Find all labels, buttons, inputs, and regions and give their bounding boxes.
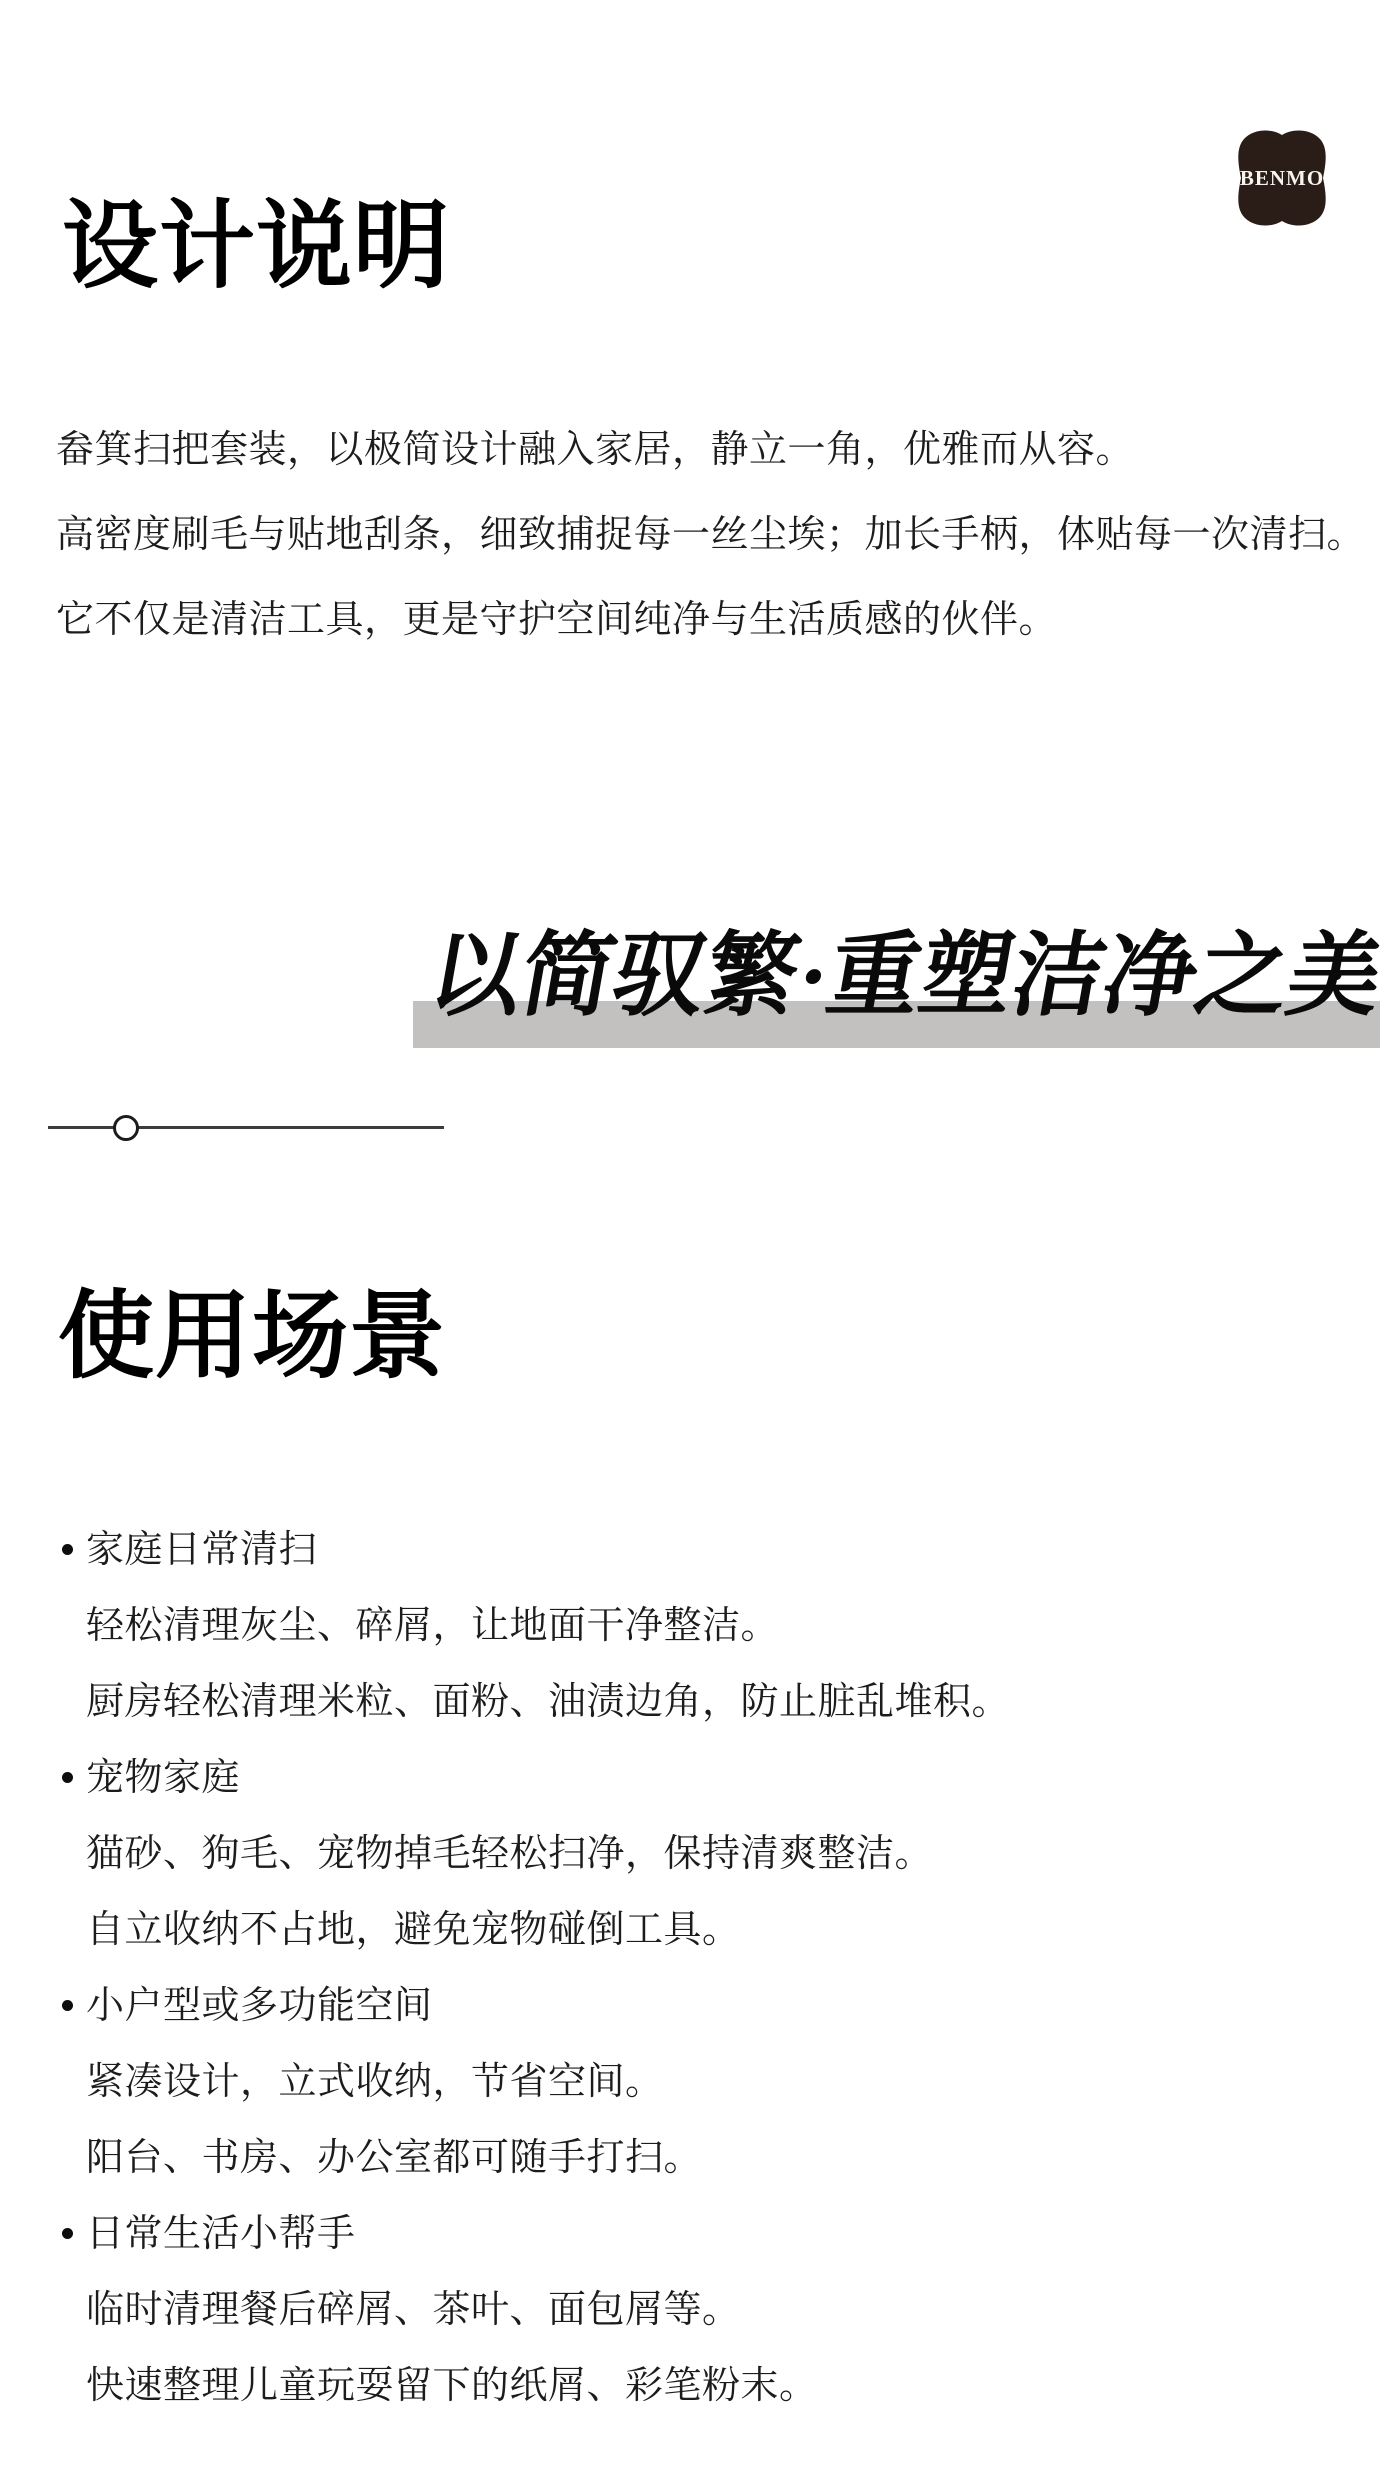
divider-circle-marker <box>113 1115 139 1141</box>
brand-logo-text: BENMO <box>1240 166 1324 190</box>
usage-item-heading: 宠物家庭 <box>43 1740 1393 1816</box>
design-description: 畚箕扫把套装，以极简设计融入家居，静立一角，优雅而从容。 高密度刷毛与贴地刮条，… <box>56 408 1400 663</box>
divider-line <box>48 1126 444 1129</box>
usage-item-line: 快速整理儿童玩耍留下的纸屑、彩笔粉末。 <box>43 2348 1393 2424</box>
slogan-text: 以简驭繁·重塑洁净之美 <box>413 926 1398 1027</box>
usage-item-line: 阳台、书房、办公室都可随手打扫。 <box>43 2120 1393 2196</box>
design-paragraph-2: 高密度刷毛与贴地刮条，细致捕捉每一丝尘埃；加长手柄，体贴每一次清扫。 <box>56 493 1400 578</box>
brand-logo-badge: BENMO <box>1230 128 1334 228</box>
usage-item-heading: 小户型或多功能空间 <box>43 1968 1393 2044</box>
usage-item-line: 轻松清理灰尘、碎屑，让地面干净整洁。 <box>43 1588 1393 1664</box>
usage-item-heading: 家庭日常清扫 <box>43 1512 1393 1588</box>
usage-item-line: 自立收纳不占地，避免宠物碰倒工具。 <box>43 1892 1393 1968</box>
usage-scenario-list: 家庭日常清扫 轻松清理灰尘、碎屑，让地面干净整洁。 厨房轻松清理米粒、面粉、油渍… <box>43 1512 1393 2424</box>
design-paragraph-3: 它不仅是清洁工具，更是守护空间纯净与生活质感的伙伴。 <box>56 578 1400 663</box>
design-section-title: 设计说明 <box>62 198 450 296</box>
brand-logo: BENMO <box>1230 128 1334 228</box>
usage-item-line: 临时清理餐后碎屑、茶叶、面包屑等。 <box>43 2272 1393 2348</box>
design-paragraph-1: 畚箕扫把套装，以极简设计融入家居，静立一角，优雅而从容。 <box>56 408 1400 493</box>
product-detail-page: BENMO 设计说明 畚箕扫把套装，以极简设计融入家居，静立一角，优雅而从容。 … <box>0 0 1400 2470</box>
usage-item-line: 厨房轻松清理米粒、面粉、油渍边角，防止脏乱堆积。 <box>43 1664 1393 1740</box>
usage-item-line: 猫砂、狗毛、宠物掉毛轻松扫净，保持清爽整洁。 <box>43 1816 1393 1892</box>
usage-item-line: 紧凑设计，立式收纳，节省空间。 <box>43 2044 1393 2120</box>
usage-item-heading: 日常生活小帮手 <box>43 2196 1393 2272</box>
usage-section-title: 使用场景 <box>58 1288 446 1386</box>
